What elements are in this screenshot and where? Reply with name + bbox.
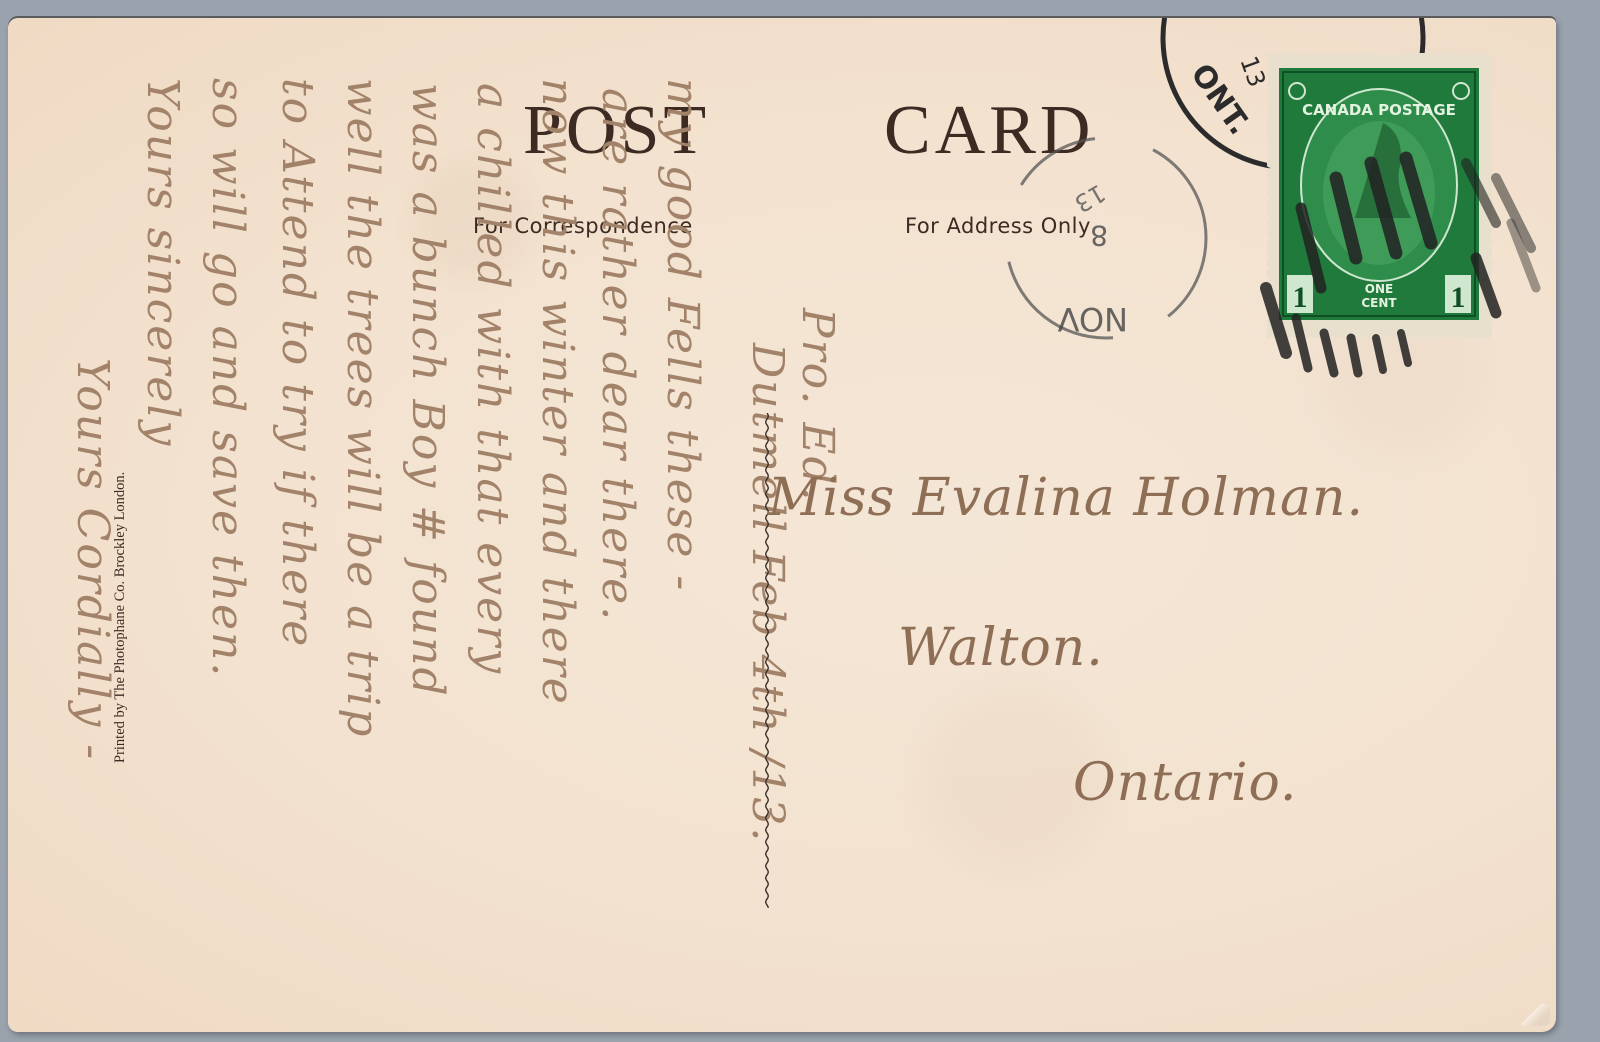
svg-text:ONE: ONE [1365, 282, 1393, 296]
message-line: well the trees will be a trip [337, 78, 388, 738]
svg-text:13: 13 [1234, 52, 1271, 90]
svg-text:CENT: CENT [1361, 296, 1397, 310]
message-line: to Attend to try if there [272, 78, 323, 648]
address-recipient: Miss Evalina Holman. [768, 468, 1364, 528]
svg-text:1: 1 [1451, 281, 1466, 314]
svg-text:CANADA POSTAGE: CANADA POSTAGE [1302, 101, 1456, 119]
svg-text:8: 8 [1090, 219, 1108, 252]
message-line: so will go and save then. [202, 78, 253, 678]
svg-text:NOV: NOV [1057, 300, 1128, 338]
handwritten-message: Pro. Ed. Dutmell Feb 4th /13. my good Fe… [28, 58, 768, 1018]
message-line: Yours sincerely [137, 78, 188, 447]
postage-stamp: CANADA POSTAGE ONE CENT 1 1 [1267, 53, 1492, 338]
message-line: Yours Cordially - [67, 358, 118, 761]
message-line: now this winter and there [532, 78, 583, 706]
corner-wear [1520, 1004, 1550, 1026]
message-line: are rather dear there. [592, 88, 643, 622]
svg-text:1: 1 [1293, 281, 1308, 314]
heading-card: CARD [884, 96, 1094, 166]
message-line: a chilled with that every [467, 83, 518, 675]
message-line: was a bunch Boy # found [402, 83, 453, 698]
svg-text:13: 13 [1070, 178, 1110, 218]
label-address-only: For Address Only [905, 214, 1091, 238]
address-town: Walton. [898, 618, 1104, 678]
svg-text:ONT.: ONT. [1183, 58, 1256, 142]
address-province: Ontario. [1073, 753, 1297, 813]
message-line: my good Fells these - [657, 78, 708, 592]
postcard-back: POST CARD For Correspondence For Address… [8, 18, 1556, 1032]
